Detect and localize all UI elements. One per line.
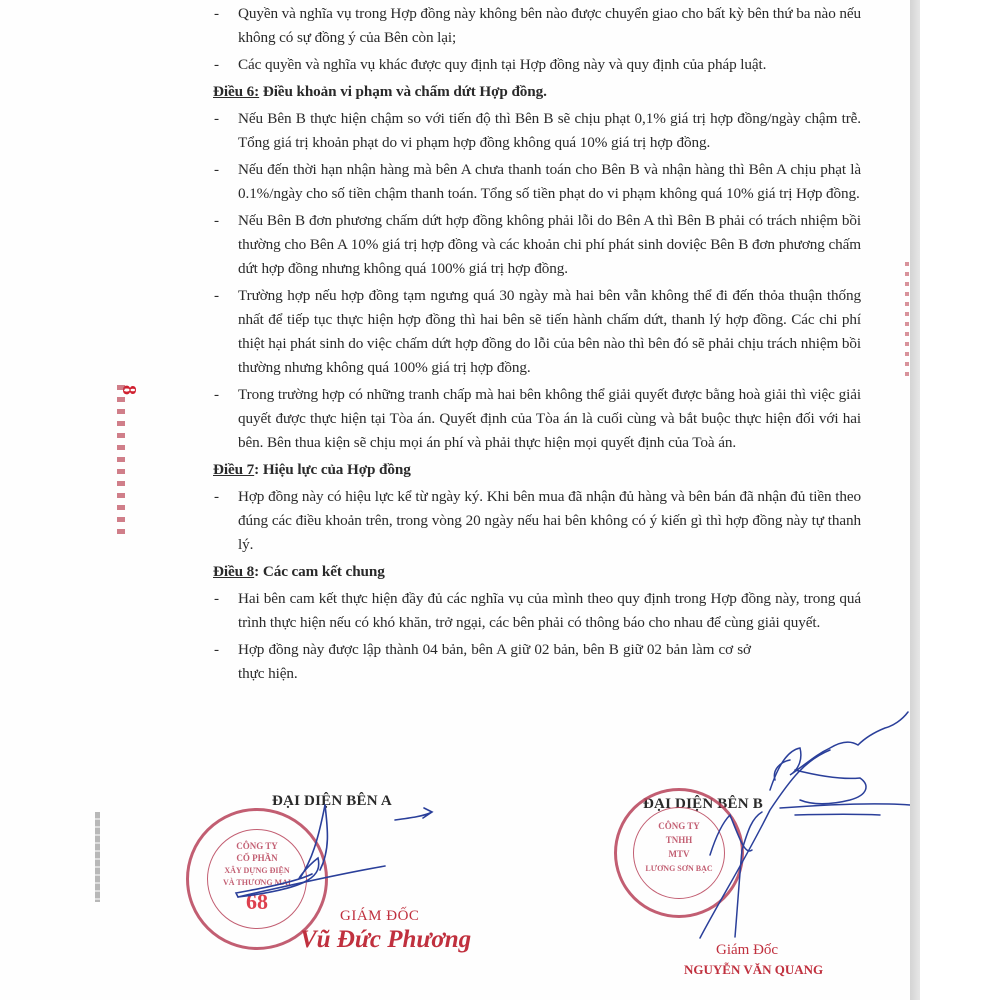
list-item: - Hợp đồng này được lập thành 04 bản, bê… <box>213 638 861 686</box>
bullet-marker: - <box>214 587 226 611</box>
party-b-company-seal: CÔNG TY TNHH MTV LƯƠNG SƠN BẠC <box>614 788 744 918</box>
party-b-role: Giám Đốc <box>716 942 778 959</box>
document-page: - Quyền và nghĩa vụ trong Hợp đồng này k… <box>0 0 912 1000</box>
seal-line: TNHH <box>617 835 741 846</box>
article-title: : Hiệu lực của Hợp đồng <box>254 461 411 478</box>
clause-text: Trường hợp nếu hợp đồng tạm ngưng quá 30… <box>238 287 861 376</box>
article-label: Điều 7 <box>213 461 254 478</box>
seal-number: 68 <box>189 891 325 913</box>
clause-text: Hai bên cam kết thực hiện đầy đủ các ngh… <box>238 590 861 631</box>
bullet-marker: - <box>214 107 226 131</box>
party-b-signer-name: NGUYỄN VĂN QUANG <box>684 962 823 978</box>
article-6-heading: Điều 6: Điều khoản vi phạm và chấm dứt H… <box>213 80 861 104</box>
right-margin-seal-fragment <box>905 262 909 382</box>
bullet-marker: - <box>214 284 226 308</box>
article-title: Điều khoản vi phạm và chấm dứt Hợp đồng. <box>259 83 547 100</box>
list-item: - Các quyền và nghĩa vụ khác được quy đị… <box>213 53 861 77</box>
seal-line: CÔNG TY <box>617 821 741 832</box>
seal-line: XÂY DỰNG ĐIỆN <box>189 865 325 876</box>
seal-line: CÔNG TY <box>189 841 325 852</box>
article-label: Điều 6: <box>213 83 259 100</box>
bullet-marker: - <box>214 383 226 407</box>
bullet-marker: - <box>214 209 226 233</box>
seal-line: LƯƠNG SƠN BẠC <box>617 863 741 874</box>
article-label: Điều 8 <box>213 563 254 580</box>
clause-text: Hợp đồng này có hiệu lực kể từ ngày ký. … <box>238 488 861 553</box>
article-8-heading: Điều 8: Các cam kết chung <box>213 560 861 584</box>
page-edge-shadow <box>910 0 920 1000</box>
party-a-title: ĐẠI DIỆN BÊN A <box>272 793 392 810</box>
bullet-marker: - <box>214 2 226 26</box>
clause-text: Trong trường hợp có những tranh chấp mà … <box>238 386 861 451</box>
bullet-marker: - <box>214 158 226 182</box>
left-margin-print-mark <box>95 812 100 902</box>
list-item: - Quyền và nghĩa vụ trong Hợp đồng này k… <box>213 2 861 50</box>
bullet-marker: - <box>214 638 226 662</box>
left-margin-seal-fragment <box>117 385 125 540</box>
list-item: - Nếu đến thời hạn nhận hàng mà bên A ch… <box>213 158 861 206</box>
clause-text: Các quyền và nghĩa vụ khác được quy định… <box>238 56 766 73</box>
bullet-marker: - <box>214 485 226 509</box>
party-a-signer-name: Vũ Đức Phương <box>300 926 471 954</box>
bullet-marker: - <box>214 53 226 77</box>
article-7-heading: Điều 7: Hiệu lực của Hợp đồng <box>213 458 861 482</box>
seal-line: VÀ THƯƠNG MẠI <box>189 877 325 888</box>
list-item: - Hợp đồng này có hiệu lực kể từ ngày ký… <box>213 485 861 557</box>
list-item: - Nếu Bên B đơn phương chấm dứt hợp đồng… <box>213 209 861 281</box>
list-item: - Trong trường hợp có những tranh chấp m… <box>213 383 861 455</box>
seal-line: MTV <box>617 849 741 860</box>
clause-text: Nếu Bên B đơn phương chấm dứt hợp đồng k… <box>238 212 861 277</box>
list-item: - Trường hợp nếu hợp đồng tạm ngưng quá … <box>213 284 861 380</box>
list-item: - Nếu Bên B thực hiện chậm so với tiến đ… <box>213 107 861 155</box>
article-title: : Các cam kết chung <box>254 563 385 580</box>
seal-line: CỔ PHẦN <box>189 853 325 864</box>
clause-text: Hợp đồng này được lập thành 04 bản, bên … <box>238 641 751 682</box>
clause-text: Nếu Bên B thực hiện chậm so với tiến độ … <box>238 110 861 151</box>
list-item: - Hai bên cam kết thực hiện đầy đủ các n… <box>213 587 861 635</box>
party-a-role: GIÁM ĐỐC <box>340 908 419 925</box>
clause-text: Quyền và nghĩa vụ trong Hợp đồng này khô… <box>238 5 861 46</box>
contract-body: - Quyền và nghĩa vụ trong Hợp đồng này k… <box>213 2 861 689</box>
clause-text: Nếu đến thời hạn nhận hàng mà bên A chưa… <box>238 161 861 202</box>
